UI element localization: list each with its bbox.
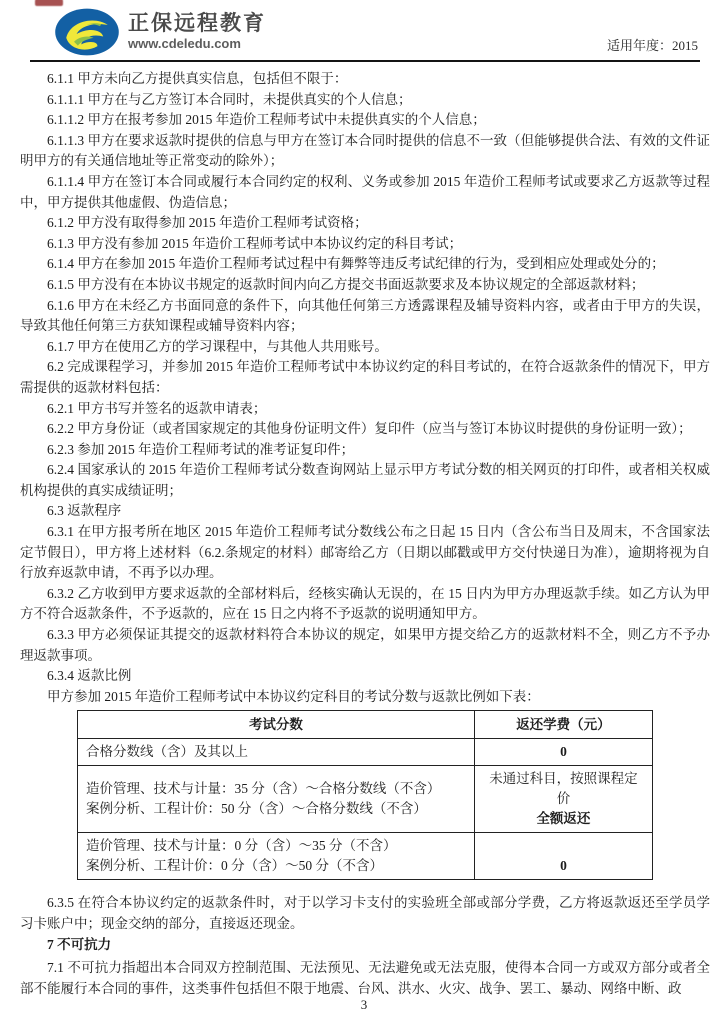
clause-6-3-1: 6.3.1 在甲方报考所在地区 2015 年造价工程师考试分数线公布之日起 15…	[20, 522, 710, 584]
logo-text: 正保远程教育 www.cdeledu.com	[128, 12, 266, 52]
page-number: 3	[0, 997, 728, 1013]
header-exam-score: 考试分数	[78, 711, 475, 739]
clause-6-1-6: 6.1.6 甲方在未经乙方书面同意的条件下，向其他任何第三方透露课程及辅导资料内…	[20, 296, 710, 337]
score-line: 案例分析、工程计价：50 分（含）～合格分数线（不含）	[86, 799, 466, 819]
refund-cell: 0	[474, 833, 652, 880]
score-cell: 造价管理、技术与计量：0 分（含）～35 分（不含） 案例分析、工程计价：0 分…	[78, 833, 475, 880]
refund-cell: 0	[474, 739, 652, 766]
score-cell: 合格分数线（含）及其以上	[78, 739, 475, 766]
clause-6-1-4: 6.1.4 甲方在参加 2015 年造价工程师考试过程中有舞弊等违反考试纪律的行…	[20, 254, 710, 275]
contract-body: 6.1.1 甲方未向乙方提供真实信息，包括但不限于： 6.1.1.1 甲方在与乙…	[0, 62, 728, 999]
refund-cell-inner: 0	[483, 836, 644, 876]
logo: 正保远程教育 www.cdeledu.com	[54, 8, 266, 56]
header-refund-fee: 返还学费（元）	[474, 711, 652, 739]
clause-6-1-3: 6.1.3 甲方没有参加 2015 年造价工程师考试中本协议约定的科目考试；	[20, 234, 710, 255]
table-row: 造价管理、技术与计量：35 分（含）～合格分数线（不含） 案例分析、工程计价：5…	[78, 766, 653, 833]
score-line: 造价管理、技术与计量：0 分（含）～35 分（不含）	[86, 836, 466, 856]
logo-swirl-icon	[54, 8, 120, 56]
clause-6-3-2: 6.3.2 乙方收到甲方要求返款的全部材料后，经核实确认无误的，在 15 日内为…	[20, 584, 710, 625]
clause-7-1: 7.1 不可抗力指超出本合同双方控制范围、无法预见、无法避免或无法克服，使得本合…	[20, 958, 710, 999]
score-cell: 造价管理、技术与计量：35 分（含）～合格分数线（不含） 案例分析、工程计价：5…	[78, 766, 475, 833]
refund-ratio-table: 考试分数 返还学费（元） 合格分数线（含）及其以上 0 造价管理、技术与计量：3…	[77, 710, 653, 880]
clause-6-3-5: 6.3.5 在符合本协议约定的返款条件时，对于以学习卡支付的实验班全部或部分学费…	[20, 893, 710, 934]
clause-6-2: 6.2 完成课程学习，并参加 2015 年造价工程师考试中本协议约定的科目考试的…	[20, 357, 710, 398]
refund-line-bold: 全额返还	[483, 809, 644, 829]
clause-6-2-2: 6.2.2 甲方身份证（或者国家规定的其他身份证明文件）复印件（应当与签订本协议…	[20, 419, 710, 440]
clause-6-1-7: 6.1.7 甲方在使用乙方的学习课程中，与其他人共用账号。	[20, 337, 710, 358]
clause-6-1-1-4: 6.1.1.4 甲方在签订本合同或履行本合同约定的权利、义务或参加 2015 年…	[20, 172, 710, 213]
clause-6-1-1: 6.1.1 甲方未向乙方提供真实信息，包括但不限于：	[20, 69, 710, 90]
clause-6-2-4: 6.2.4 国家承认的 2015 年造价工程师考试分数查询网站上显示甲方考试分数…	[20, 460, 710, 501]
section-7-heading: 7 不可抗力	[20, 935, 710, 956]
applicable-year-label: 适用年度：2015	[607, 35, 698, 54]
clause-6-1-1-1: 6.1.1.1 甲方在与乙方签订本合同时，未提供真实的个人信息；	[20, 90, 710, 111]
clause-6-3: 6.3 返款程序	[20, 501, 710, 522]
refund-line: 0	[483, 742, 644, 762]
table-row: 合格分数线（含）及其以上 0	[78, 739, 653, 766]
score-line: 合格分数线（含）及其以上	[86, 742, 466, 762]
refund-cell: 未通过科目，按照课程定价 全额返还	[474, 766, 652, 833]
table-header-row: 考试分数 返还学费（元）	[78, 711, 653, 739]
clause-6-2-3: 6.2.3 参加 2015 年造价工程师考试的准考证复印件；	[20, 440, 710, 461]
clause-6-1-1-2: 6.1.1.2 甲方在报考参加 2015 年造价工程师考试中未提供真实的个人信息…	[20, 110, 710, 131]
document-page: 正保远程教育 www.cdeledu.com 适用年度：2015 6.1.1 甲…	[0, 0, 728, 1032]
score-line: 案例分析、工程计价：0 分（含）～50 分（不含）	[86, 856, 466, 876]
clause-6-3-4: 6.3.4 返款比例	[20, 666, 710, 687]
table-intro: 甲方参加 2015 年造价工程师考试中本协议约定科目的考试分数与返款比例如下表：	[20, 687, 710, 708]
table-row: 造价管理、技术与计量：0 分（含）～35 分（不含） 案例分析、工程计价：0 分…	[78, 833, 653, 880]
refund-line-bold: 0	[483, 856, 644, 876]
clause-6-1-5: 6.1.5 甲方没有在本协议书规定的返款时间内向乙方提交书面返款要求及本协议规定…	[20, 275, 710, 296]
clause-6-2-1: 6.2.1 甲方书写并签名的返款申请表；	[20, 399, 710, 420]
page-header: 正保远程教育 www.cdeledu.com 适用年度：2015	[30, 0, 700, 62]
scan-artifact-mark	[35, 0, 63, 6]
clause-6-3-3: 6.3.3 甲方必须保证其提交的返款材料符合本协议的规定，如果甲方提交给乙方的返…	[20, 625, 710, 666]
logo-brand: 正保远程教育	[128, 12, 266, 36]
clause-6-1-2: 6.1.2 甲方没有取得参加 2015 年造价工程师考试资格；	[20, 213, 710, 234]
refund-line: 未通过科目，按照课程定价	[483, 769, 644, 809]
logo-url: www.cdeledu.com	[128, 36, 266, 52]
score-line: 造价管理、技术与计量：35 分（含）～合格分数线（不含）	[86, 779, 466, 799]
clause-6-1-1-3: 6.1.1.3 甲方在要求返款时提供的信息与甲方在签订本合同时提供的信息不一致（…	[20, 131, 710, 172]
